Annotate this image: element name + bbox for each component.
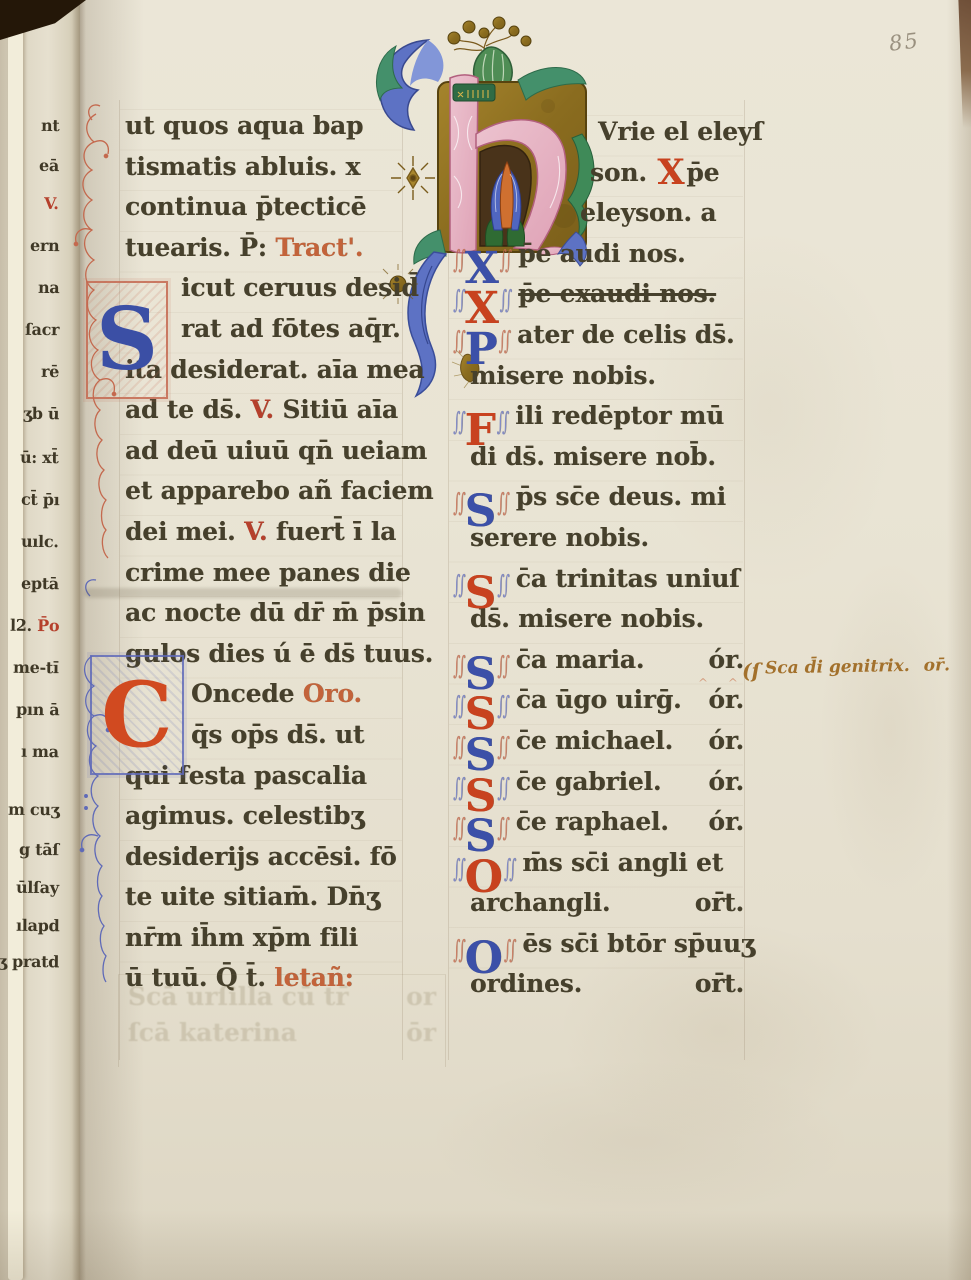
text-segment: ad deū uiuū qn̄ ueiam [125, 436, 427, 465]
text-line: desiderijs accēsi. fō [125, 842, 405, 883]
penwork-filigree: ∫∫ [453, 571, 464, 601]
initial-letter: C [101, 670, 173, 760]
text-line: tismatis abluis. x [125, 152, 405, 193]
penwork-filigree: ∫∫ [497, 408, 508, 438]
text-segment: c̄a maria. [516, 645, 645, 674]
smudge-mark [84, 588, 402, 598]
text-segment: m̄s sc̄i angli et [522, 848, 723, 877]
penwork-initial-F: ∫∫F∫∫ [452, 413, 508, 448]
litany-response: ór. [708, 726, 744, 755]
penwork-filigree: ∫∫ [453, 246, 464, 276]
text-segment: ʒb ū [23, 404, 59, 423]
penwork-filigree: ∫∫ [453, 287, 464, 317]
penwork-filigree: ∫∫ [497, 652, 508, 682]
facing-page-text-fragment: ct̄ p̄ı [20, 490, 59, 509]
text-segment: c̄a ūgo uirḡ. [516, 685, 682, 714]
text-segment: V. [251, 395, 283, 424]
penwork-filigree: ∫∫ [497, 571, 508, 601]
text-line: ∫∫S∫∫c̄e michael.ór. [452, 726, 744, 767]
text-segment: V. [244, 517, 276, 546]
penwork-filigree: ∫∫ [497, 693, 508, 723]
text-segment: Vrie el eleyſ [598, 117, 763, 146]
facing-page-text-fragment: ʒ pratd [0, 952, 59, 972]
text-segment: tismatis abluis. x [125, 152, 360, 181]
facing-page-text-fragment: ſacr [25, 320, 59, 339]
text-segment: Oro. [303, 679, 362, 708]
penwork-initial-S: ∫∫S∫∫ [452, 697, 509, 732]
initial-letter: S [465, 779, 497, 814]
text-segment: ern [30, 236, 60, 255]
text-line: ∫∫X∫∫p̄e audi nos. [452, 239, 744, 280]
penwork-filigree: ∫∫ [498, 327, 509, 357]
initial-letter: S [465, 494, 497, 529]
text-segment: crime mee panes die [125, 558, 411, 587]
penwork-filigree: ∫∫ [497, 733, 508, 763]
page-edge-bottom [0, 1210, 971, 1280]
penwork-initial-S: ∫∫S∫∫ [452, 819, 509, 854]
text-segment: agimus. celestibʒ [125, 801, 364, 830]
facing-page-text-fragment: ı ma [21, 742, 59, 761]
penwork-filigree: ∫∫ [453, 774, 464, 804]
penwork-initial-S: ∫∫S∫∫ [452, 576, 509, 611]
text-segment: ac nocte dū dr̄ m̄ p̄sin [125, 598, 425, 627]
text-line: ∫∫S∫∫p̄s sc̄e deus. mi [452, 482, 744, 523]
text-segment: eptā [21, 574, 59, 593]
parchment-stain [430, 1060, 850, 1220]
text-line: ∫∫X∫∫p̄e exaudi nos. [452, 279, 744, 320]
text-line: ∫∫O∫∫m̄s sc̄i angli et [452, 848, 744, 889]
penwork-filigree: ∫∫ [453, 652, 464, 682]
text-line: ∫∫O∫∫ēs sc̄i btōr sp̄uuʒ [452, 929, 744, 970]
ruling-line-vertical [744, 100, 745, 1060]
initial-letter: X [465, 291, 499, 326]
show-through-line: Scā urſilla cū tr̄or [128, 982, 436, 1011]
text-line: ut quos aqua bap [125, 111, 405, 152]
penwork-filigree: ∫∫ [453, 693, 464, 723]
penwork-filigree: ∫∫ [453, 408, 464, 438]
text-segment: Scā urſilla cū tr̄ [128, 982, 349, 1011]
text-segment: ita desiderat. aīa mea [125, 355, 424, 384]
text-line: et apparebo añ faciem [125, 476, 405, 517]
text-column-right: Vrie el eleyſson. Xp̄eeleyson. a∫∫X∫∫p̄e… [452, 117, 744, 1010]
text-line: eleyson. a [452, 198, 744, 239]
penwork-filigree: ∫∫ [453, 490, 464, 520]
text-segment: l2. [10, 616, 37, 635]
text-segment: ūlſay [16, 878, 59, 897]
text-segment: p̄e audi nos. [518, 239, 685, 268]
text-segment: m cuʒ [7, 800, 59, 820]
initial-letter: S [465, 738, 497, 773]
page-edge-right [947, 0, 971, 1280]
penwork-filigree: ∫∫ [500, 287, 511, 317]
text-segment: icut ceruus desid̄ [181, 273, 419, 302]
text-segment: te uite sitiam̄. Dn̄ʒ [125, 882, 380, 911]
penwork-filigree: ∫∫ [453, 936, 464, 966]
text-segment: ʒ pratd [0, 952, 59, 972]
parchment-stain [820, 560, 960, 900]
penwork-filigree: ∫∫ [504, 936, 515, 966]
facing-page-text-fragment: ūlſay [16, 878, 59, 897]
penwork-initial-S: S [86, 281, 168, 399]
text-segment: continua p̄tecticē [125, 192, 366, 221]
text-line: ad te ds̄. V. Sitiū aīa [125, 395, 405, 436]
text-line: ac nocte dū dr̄ m̄ p̄sin [125, 598, 405, 639]
penwork-filigree: ∫∫ [453, 814, 464, 844]
text-line: ∫∫S∫∫c̄a trinitas uniuſ [452, 564, 744, 605]
penwork-initial-P: ∫∫P∫∫ [452, 332, 510, 367]
litany-response: ór. [708, 807, 744, 836]
litany-response: ór. [708, 645, 744, 674]
penwork-initial-S: ∫∫S∫∫ [452, 738, 509, 773]
text-segment: ı ma [21, 742, 59, 761]
folio-number: 85 [888, 28, 921, 56]
text-segment: pın ā [16, 700, 60, 719]
text-segment: ct̄ p̄ı [20, 490, 59, 509]
litany-response: ōr [406, 1018, 436, 1047]
text-segment: eleyson. a [580, 198, 716, 227]
text-segment: c̄e raphael. [516, 807, 669, 836]
penwork-initial-X: ∫∫X∫∫ [452, 251, 511, 286]
text-segment: p̄e exaudi nos. [518, 279, 716, 308]
text-segment: et apparebo añ faciem [125, 476, 433, 505]
text-segment: ad te ds̄. [125, 395, 251, 424]
text-line: ad deū uiuū qn̄ ueiam [125, 436, 405, 477]
text-segment: ū: xt̄ [20, 448, 59, 467]
penwork-filigree: ∫∫ [504, 855, 515, 885]
text-segment: ſacr [25, 320, 59, 339]
text-segment: ılapd [15, 916, 59, 935]
text-segment: q̄s op̄s ds̄. ut [191, 720, 364, 749]
facing-page-text-fragments: nteāV.ernnaſacrrēʒb ūū: xt̄ct̄ p̄ıuılc.e… [0, 0, 64, 1280]
text-segment: ſcā katerina [128, 1018, 297, 1047]
text-line: ∫∫S∫∫c̄e raphael.ór. [452, 807, 744, 848]
text-column-left: ut quos aqua baptismatis abluis. xcontin… [125, 111, 405, 1004]
facing-page-text-fragment: pın ā [16, 700, 60, 719]
manuscript-page: nteāV.ernnaſacrrēʒb ūū: xt̄ct̄ p̄ıuılc.e… [0, 0, 971, 1280]
text-segment: p̄s sc̄e deus. mi [516, 482, 726, 511]
marginal-note-text: Sca d̄i genitrix. [765, 656, 910, 683]
text-segment: c̄a trinitas uniuſ [516, 564, 740, 593]
text-segment: rat ad fōtes aq̄r. [181, 314, 401, 343]
text-line: Vrie el eleyſ [452, 117, 744, 158]
show-through-line: ſcā katerinaōr [128, 1018, 436, 1047]
penwork-filigree: ∫∫ [500, 246, 511, 276]
litany-response: or [406, 982, 436, 1011]
facing-page-text-fragment: eptā [21, 574, 59, 593]
marginal-note: (ſ Sca d̄i genitrix. or̄. [742, 655, 957, 683]
penwork-filigree: ∫∫ [497, 814, 508, 844]
text-segment: me-tı̄ [13, 658, 59, 677]
text-line: ∫∫S∫∫c̄a ūgo uirḡ.ór. [452, 685, 744, 726]
penwork-initial-O: ∫∫O∫∫ [452, 941, 515, 976]
penwork-initial-S: ∫∫S∫∫ [452, 657, 509, 692]
text-line: continua p̄tecticē [125, 192, 405, 233]
text-segment: tuearis. P̄: [125, 233, 275, 262]
text-segment: son. [590, 158, 655, 187]
text-segment: Tract'. [275, 233, 363, 262]
facing-page-text-fragment: m cuʒ [7, 800, 59, 820]
text-line: ∫∫P∫∫ater de celis ds̄. [452, 320, 744, 361]
litany-response: or̄t. [695, 888, 744, 917]
penwork-filigree: ∫∫ [453, 733, 464, 763]
penwork-initial-S: ∫∫S∫∫ [452, 779, 509, 814]
text-segment: desiderijs accēsi. fō [125, 842, 397, 871]
penwork-filigree: ∫∫ [497, 490, 508, 520]
facing-page-text-fragment: ılapd [15, 916, 59, 935]
litany-response: or̄t. [695, 969, 744, 998]
text-segment: fuert̄ ī la [276, 517, 396, 546]
text-line: nr̄m ih̄m xp̄m fili [125, 923, 405, 964]
text-line: tuearis. P̄: Tract'. [125, 233, 405, 274]
initial-letter: O [465, 860, 503, 895]
insertion-marks: ^ ^ [698, 676, 746, 690]
penwork-filigree: ∫∫ [497, 774, 508, 804]
facing-page-text-fragment: l2. P̄o [10, 616, 59, 636]
penwork-initial-X: ∫∫X∫∫ [452, 291, 511, 326]
facing-page-text-fragment: me-tı̄ [13, 658, 59, 677]
text-segment: ater de celis ds̄. [517, 320, 734, 349]
penwork-initial-C: C [90, 655, 184, 775]
text-segment: ili redēptor mū [515, 401, 724, 430]
text-segment: g tāſ [19, 840, 59, 859]
text-segment: p̄e [686, 158, 719, 187]
text-segment: Sitiū aīa [282, 395, 398, 424]
text-line: ∫∫S∫∫c̄e gabriel.ór. [452, 767, 744, 808]
text-line: agimus. celestibʒ [125, 801, 405, 842]
litany-response: ór. [708, 767, 744, 796]
text-segment: uılc. [21, 532, 59, 551]
initial-letter: X [465, 251, 499, 286]
blue-penwork-vine [80, 580, 109, 982]
text-line: te uite sitiam̄. Dn̄ʒ [125, 882, 405, 923]
initial-letter: S [96, 297, 158, 383]
margin-penwork-flourish [56, 96, 128, 1016]
initial-letter: S [465, 657, 497, 692]
facing-page-text-fragment: ū: xt̄ [20, 448, 59, 467]
facing-page-text-fragment: g tāſ [19, 840, 59, 859]
initial-letter: O [465, 941, 503, 976]
penwork-initial-S: ∫∫S∫∫ [452, 494, 509, 529]
initial-letter: F [465, 413, 496, 448]
facing-page-text-fragment: ern [30, 236, 60, 255]
text-segment: dei mei. [125, 517, 244, 546]
penwork-filigree: ∫∫ [453, 855, 464, 885]
text-segment: ut quos aqua bap [125, 111, 363, 140]
text-segment: nr̄m ih̄m xp̄m fili [125, 923, 358, 952]
facing-page-text-fragment: uılc. [21, 532, 59, 551]
initial-letter: P [465, 332, 498, 367]
text-line: ∫∫F∫∫ili redēptor mū [452, 401, 744, 442]
text-line: son. Xp̄e [452, 158, 744, 199]
text-segment: c̄e gabriel. [516, 767, 662, 796]
initial-letter: S [465, 819, 497, 854]
initial-letter: S [465, 576, 497, 611]
text-segment: c̄e michael. [516, 726, 673, 755]
text-line: dei mei. V. fuert̄ ī la [125, 517, 405, 558]
penwork-initial-O: ∫∫O∫∫ [452, 860, 515, 895]
text-segment: Oncede [191, 679, 303, 708]
facing-page-text-fragment: ʒb ū [23, 404, 59, 423]
text-segment: ēs sc̄i btōr sp̄uuʒ [522, 929, 754, 958]
penwork-filigree: ∫∫ [453, 327, 464, 357]
initial-letter: S [465, 697, 497, 732]
